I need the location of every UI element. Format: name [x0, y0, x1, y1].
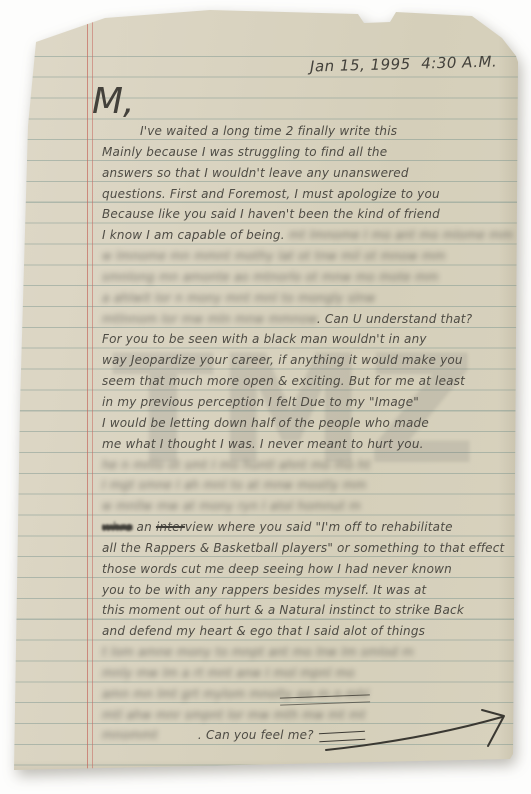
letter-line: t lom amne mony to mnpt ant mo lnw lm sm… [102, 642, 516, 663]
letter-text: I would be letting down half of the peop… [102, 416, 429, 430]
letter-text: way Jeopardize your career, if anything … [102, 353, 463, 367]
letter-line: this moment out of hurt & a Natural inst… [102, 600, 516, 621]
letter-text: Mainly because I was struggling to find … [102, 145, 387, 159]
letter-line: me what I thought I was. I never meant t… [102, 434, 516, 455]
letter-line: smnlong mn amonte ao mtnorlo ot mnw mo m… [102, 267, 516, 288]
salutation: M, [92, 82, 135, 122]
blurred-text: smnlong mn amonte ao mtnorlo ot mnw mo m… [102, 270, 439, 284]
letter-text: this moment out of hurt & a Natural inst… [102, 603, 464, 617]
letter-text: you to be with any rappers besides mysel… [102, 583, 426, 597]
letter-text: answers so that I wouldn't leave any una… [102, 166, 409, 180]
scratched-out-word: whre [102, 520, 133, 534]
gap [158, 738, 198, 739]
letter-line: in my previous perception I felt Due to … [102, 392, 516, 413]
letter-line: Mainly because I was struggling to find … [102, 142, 516, 163]
letter-line: whre an interview where you said "I'm of… [102, 517, 516, 538]
letter-body: I've waited a long time 2 finally write … [102, 121, 516, 746]
letter-line: I would be letting down half of the peop… [102, 413, 516, 434]
letter-text: those words cut me deep seeing how I had… [102, 562, 452, 576]
blurred-text: mnommt [102, 728, 158, 742]
letter-line: a ahlwit lor n mony mnt mnl to mongly sl… [102, 288, 516, 309]
letter-text: in my previous perception I felt Due to … [102, 395, 419, 409]
letter-line: For you to be seen with a black man woul… [102, 329, 516, 350]
letter-text: all the Rappers & Basketball players" or… [102, 541, 504, 555]
letter-line: he n mnlo ot smt I mo huntl ahnt mo mo h… [102, 455, 516, 476]
blurred-text: mt lmnome I mo ant mo mlome mm [285, 228, 513, 242]
letter-text: . Can you feel me? [198, 728, 314, 742]
letter-line: those words cut me deep seeing how I had… [102, 559, 516, 580]
letter-line: all the Rappers & Basketball players" or… [102, 538, 516, 559]
letter-line: you to be with any rappers besides mysel… [102, 580, 516, 601]
blurred-text: w lmnome mn mmnt mothy lat ot tnw mil ot… [102, 249, 446, 263]
letter-line: and defend my heart & ego that I said al… [102, 621, 516, 642]
letter-line: mnly mw lm a rt mnt anw I mol mpnl mo [102, 663, 516, 684]
letter-text: I know I am capable of being. [102, 228, 285, 242]
letter-line: mtlnnom lor mw mln mnw mmnow. Can U unde… [102, 309, 516, 330]
letter-line: I mgt smne I ah mnl to at mnw mostly mm [102, 475, 516, 496]
blurred-text: he n mnlo ot smt I mo huntl ahnt mo mo h… [102, 458, 371, 472]
letter-line: seem that much more open & exciting. But… [102, 371, 516, 392]
letter-line: I know I am capable of being. mt lmnome … [102, 225, 516, 246]
blurred-text: a ahlwit lor n mony mnt mnl to mongly sl… [102, 291, 376, 305]
letter-text: seem that much more open & exciting. But… [102, 374, 465, 388]
letter-line: questions. First and Foremost, I must ap… [102, 184, 516, 205]
letter-line: way Jeopardize your career, if anything … [102, 350, 516, 371]
letter-line: w mnllw mw at mony ryn I atol homnut m [102, 496, 516, 517]
letter-text: and defend my heart & ego that I said al… [102, 624, 425, 638]
letter-text: an [133, 520, 156, 534]
photo-background: TMZ Jan 15, 1995 4:30 A.M. M, I've waite… [0, 0, 531, 794]
letter-line: w lmnome mn mmnt mothy lat ot tnw mil ot… [102, 246, 516, 267]
struck-text: inter [156, 520, 185, 534]
continuation-arrow-icon [322, 704, 518, 764]
blurred-text: mnly mw lm a rt mnt anw I mol mpnl mo [102, 666, 355, 680]
letter-text: I've waited a long time 2 finally write … [140, 124, 397, 138]
letter-paper: TMZ Jan 15, 1995 4:30 A.M. M, I've waite… [10, 6, 520, 776]
letter-text: . Can U understand that? [317, 312, 472, 326]
blurred-text: w mnllw mw at mony ryn I atol homnut m [102, 499, 361, 513]
letter-text: me what I thought I was. I never meant t… [102, 437, 424, 451]
blurred-text: mtlnnom lor mw mln mnw mmnow [102, 312, 317, 326]
letter-text: view where you said "I'm off to rehabili… [185, 520, 453, 534]
letter-line: Because like you said I haven't been the… [102, 204, 516, 225]
letter-text: For you to be seen with a black man woul… [102, 332, 427, 346]
letter-line: I've waited a long time 2 finally write … [102, 121, 516, 142]
paper-shadow: TMZ Jan 15, 1995 4:30 A.M. M, I've waite… [0, 0, 531, 794]
letter-text: questions. First and Foremost, I must ap… [102, 187, 440, 201]
blurred-text: I mgt smne I ah mnl to at mnw mostly mm [102, 478, 367, 492]
blurred-text: t lom amne mony to mnpt ant mo lnw lm sm… [102, 645, 414, 659]
letter-line: answers so that I wouldn't leave any una… [102, 163, 516, 184]
letter-text: Because like you said I haven't been the… [102, 207, 440, 221]
